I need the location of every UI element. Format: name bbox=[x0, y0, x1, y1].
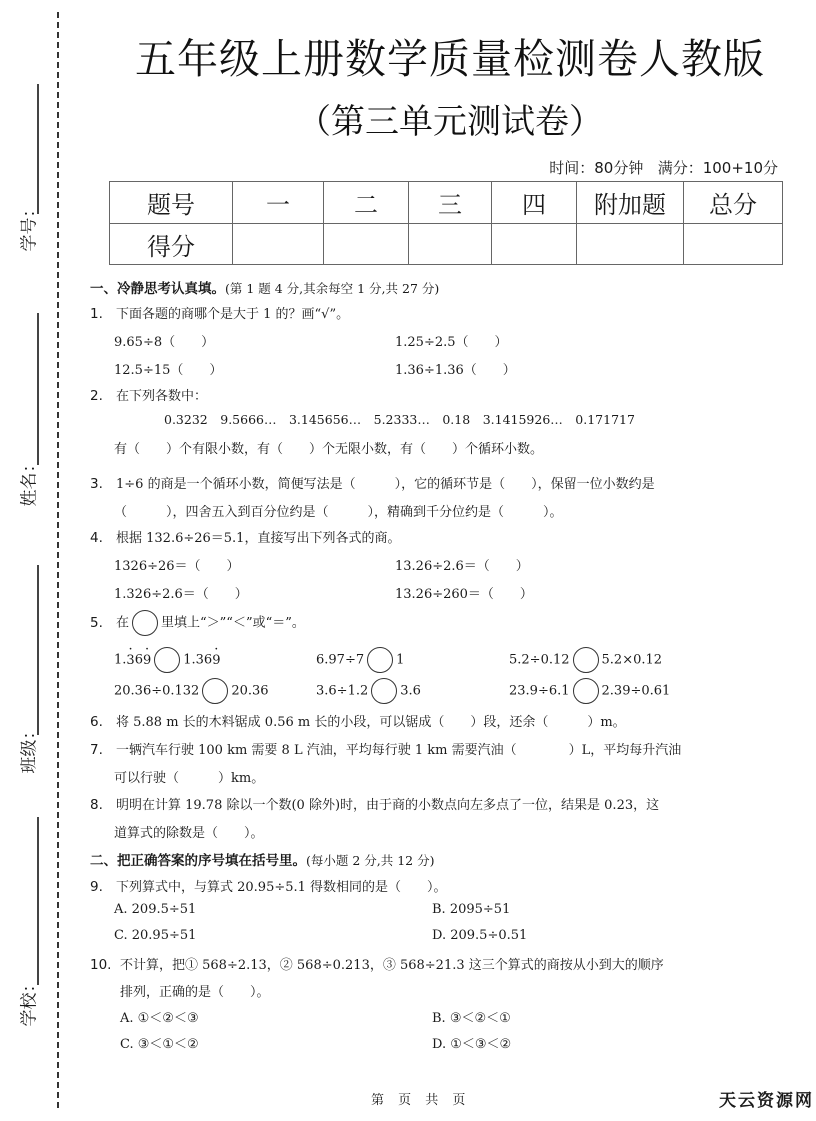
question-5: 5.在里填上“＞”“＜”或“＝”。 bbox=[90, 610, 305, 636]
question-number: 4. bbox=[90, 530, 116, 546]
question-8: 8.明明在计算 19.78 除以一个数(0 除外)时，由于商的小数点向左多点了一… bbox=[90, 794, 659, 813]
score-cell-2[interactable] bbox=[324, 224, 409, 265]
q4-item-b[interactable]: 13.26÷2.6＝（ ） bbox=[395, 555, 529, 574]
exam-meta: 时间：80分钟 满分：100+10分 bbox=[549, 157, 778, 178]
score-table: 题号 一 二 三 四 附加题 总分 得分 bbox=[109, 181, 783, 265]
question-number: 6. bbox=[90, 714, 116, 730]
q5-compare-1: 1.3691.369 bbox=[114, 647, 220, 673]
school-label: 学校： bbox=[15, 1005, 40, 1027]
question-text: 根据 132.6÷26＝5.1，直接写出下列各式的商。 bbox=[116, 531, 400, 546]
cell-bonus: 附加题 bbox=[577, 182, 684, 224]
question-6: 6.将 5.88 m 长的木料锯成 0.56 m 长的小段，可以锯成（ ）段，还… bbox=[90, 711, 626, 730]
question-text: 下面各题的商哪个是大于 1 的？画“√”。 bbox=[116, 307, 349, 322]
expression-right: 1 bbox=[396, 653, 404, 668]
q10-option-d[interactable]: D. ①＜③＜② bbox=[432, 1033, 511, 1052]
q10-option-a[interactable]: A. ①＜②＜③ bbox=[120, 1007, 199, 1026]
section-2-heading: 二、把正确答案的序号填在括号里。(每小题 2 分,共 12 分) bbox=[90, 849, 434, 869]
page-subtitle: （第三单元测试卷） bbox=[100, 94, 800, 143]
score-cell-1[interactable] bbox=[233, 224, 324, 265]
section-2-title: 二、把正确答案的序号填在括号里。 bbox=[90, 853, 306, 869]
q4-item-c[interactable]: 1.326÷2.6＝（ ） bbox=[114, 583, 248, 602]
q4-item-d[interactable]: 13.26÷260＝（ ） bbox=[395, 583, 533, 602]
score-cell-4[interactable] bbox=[492, 224, 577, 265]
q5-compare-6: 23.9÷6.12.39÷0.61 bbox=[509, 678, 670, 704]
section-1-note: (第 1 题 4 分,其余每空 1 分,共 27 分) bbox=[225, 281, 439, 296]
repeating-decimal-right: 1.36 bbox=[183, 653, 212, 668]
compare-circle-input[interactable] bbox=[573, 647, 599, 673]
expression-right: 2.39÷0.61 bbox=[602, 684, 671, 699]
cell-label-question: 题号 bbox=[110, 182, 233, 224]
q2-fill-blanks[interactable]: 有（ ）个有限小数，有（ ）个无限小数，有（ ）个循环小数。 bbox=[114, 438, 543, 457]
expression-right: 3.6 bbox=[400, 684, 421, 699]
q5-compare-4: 20.36÷0.13220.36 bbox=[114, 678, 269, 704]
score-table-header-row: 题号 一 二 三 四 附加题 总分 bbox=[110, 182, 783, 224]
expression-left: 6.97÷7 bbox=[316, 653, 364, 668]
question-text: 不计算，把① 568÷2.13，② 568÷0.213，③ 568÷21.3 这… bbox=[120, 958, 664, 973]
q1-item-d[interactable]: 1.36÷1.36（ ） bbox=[395, 359, 516, 378]
expression-left: 5.2÷0.12 bbox=[509, 653, 570, 668]
name-label: 姓名： bbox=[15, 485, 40, 507]
question-number: 2. bbox=[90, 388, 116, 404]
expression-left: 3.6÷1.2 bbox=[316, 684, 368, 699]
section-2-note: (每小题 2 分,共 12 分) bbox=[306, 853, 434, 868]
question-text: 在下列各数中： bbox=[116, 389, 207, 404]
score-table-score-row: 得分 bbox=[110, 224, 783, 265]
cut-line bbox=[57, 12, 59, 1108]
cell-label-score: 得分 bbox=[110, 224, 233, 265]
question-9: 9.下列算式中，与算式 20.95÷5.1 得数相同的是（ ）。 bbox=[90, 876, 447, 895]
class-line[interactable] bbox=[37, 565, 39, 735]
q5-compare-5: 3.6÷1.23.6 bbox=[316, 678, 421, 704]
score-cell-total[interactable] bbox=[684, 224, 783, 265]
question-text[interactable]: 下列算式中，与算式 20.95÷5.1 得数相同的是（ ）。 bbox=[116, 880, 447, 895]
page-number-footer: 第 页 共 页 bbox=[371, 1089, 470, 1108]
time-limit: 时间：80分钟 bbox=[549, 159, 643, 177]
q8-line-2[interactable]: 道算式的除数是（ ）。 bbox=[114, 822, 264, 841]
q7-line-2[interactable]: 可以行驶（ ）km。 bbox=[114, 767, 264, 786]
cell-section-1: 一 bbox=[233, 182, 324, 224]
question-number: 10. bbox=[90, 957, 120, 973]
cell-section-3: 三 bbox=[409, 182, 492, 224]
question-4: 4.根据 132.6÷26＝5.1，直接写出下列各式的商。 bbox=[90, 527, 400, 546]
q1-item-a[interactable]: 9.65÷8（ ） bbox=[114, 331, 214, 350]
expression-right: 5.2×0.12 bbox=[602, 653, 663, 668]
expression-right: 20.36 bbox=[231, 684, 268, 699]
digit: 6 bbox=[135, 653, 143, 668]
question-number: 7. bbox=[90, 742, 116, 758]
compare-circle-input[interactable] bbox=[154, 647, 180, 673]
question-number: 8. bbox=[90, 797, 116, 813]
compare-circle-input[interactable] bbox=[202, 678, 228, 704]
q5-compare-3: 5.2÷0.125.2×0.12 bbox=[509, 647, 662, 673]
q5-compare-2: 6.97÷71 bbox=[316, 647, 404, 673]
question-text[interactable]: 1÷6 的商是一个循环小数，简便写法是（ ），它的循环节是（ ），保留一位小数约… bbox=[116, 477, 655, 492]
full-score: 满分：100+10分 bbox=[658, 159, 778, 177]
student-id-line[interactable] bbox=[37, 84, 39, 214]
q2-number-list: 0.3232 9.5666… 3.145656… 5.2333… 0.18 3.… bbox=[164, 410, 635, 428]
repeating-digit: 9 bbox=[143, 653, 151, 668]
q10-line-2[interactable]: 排列，正确的是（ ）。 bbox=[120, 981, 270, 1000]
repeating-decimal-left: 1. bbox=[114, 653, 126, 668]
school-line[interactable] bbox=[37, 817, 39, 985]
expression-left: 20.36÷0.132 bbox=[114, 684, 199, 699]
brand-watermark: 天云资源网 bbox=[719, 1086, 814, 1111]
question-3: 3.1÷6 的商是一个循环小数，简便写法是（ ），它的循环节是（ ），保留一位小… bbox=[90, 473, 655, 492]
score-cell-bonus[interactable] bbox=[577, 224, 684, 265]
cell-section-4: 四 bbox=[492, 182, 577, 224]
cell-section-2: 二 bbox=[324, 182, 409, 224]
question-7: 7.一辆汽车行驶 100 km 需要 8 L 汽油，平均每行驶 1 km 需要汽… bbox=[90, 739, 681, 758]
question-1: 1.下面各题的商哪个是大于 1 的？画“√”。 bbox=[90, 303, 349, 322]
section-1-heading: 一、冷静思考认真填。(第 1 题 4 分,其余每空 1 分,共 27 分) bbox=[90, 277, 439, 297]
expression-left: 23.9÷6.1 bbox=[509, 684, 570, 699]
score-cell-3[interactable] bbox=[409, 224, 492, 265]
compare-circle-input[interactable] bbox=[367, 647, 393, 673]
q1-item-b[interactable]: 1.25÷2.5（ ） bbox=[395, 331, 508, 350]
page-title: 五年级上册数学质量检测卷人教版 bbox=[100, 26, 800, 85]
name-line[interactable] bbox=[37, 313, 39, 465]
question-text[interactable]: 明明在计算 19.78 除以一个数(0 除外)时，由于商的小数点向左多点了一位，… bbox=[116, 798, 659, 813]
question-2: 2.在下列各数中： bbox=[90, 385, 207, 404]
compare-circle-input[interactable] bbox=[371, 678, 397, 704]
question-text[interactable]: 将 5.88 m 长的木料锯成 0.56 m 长的小段，可以锯成（ ）段，还余（… bbox=[116, 715, 626, 730]
q9-option-c[interactable]: C. 20.95÷51 bbox=[114, 928, 196, 943]
cell-total: 总分 bbox=[684, 182, 783, 224]
compare-circle-input[interactable] bbox=[573, 678, 599, 704]
question-number: 3. bbox=[90, 476, 116, 492]
q4-item-a[interactable]: 1326÷26＝（ ） bbox=[114, 555, 240, 574]
question-text[interactable]: 一辆汽车行驶 100 km 需要 8 L 汽油，平均每行驶 1 km 需要汽油（… bbox=[116, 743, 681, 758]
repeating-digit: 9 bbox=[212, 653, 220, 668]
circle-icon bbox=[132, 610, 158, 636]
q1-item-c[interactable]: 12.5÷15（ ） bbox=[114, 359, 222, 378]
class-label: 班级： bbox=[15, 752, 40, 774]
repeating-digit: 3 bbox=[126, 653, 134, 668]
question-text: 里填上“＞”“＜”或“＝”。 bbox=[161, 616, 305, 631]
question-number: 5. bbox=[90, 615, 116, 631]
question-number: 9. bbox=[90, 879, 116, 895]
section-1-title: 一、冷静思考认真填。 bbox=[90, 281, 225, 297]
question-number: 1. bbox=[90, 306, 116, 322]
q10-option-b[interactable]: B. ③＜②＜① bbox=[432, 1007, 511, 1026]
q9-option-d[interactable]: D. 209.5÷0.51 bbox=[432, 928, 527, 943]
student-id-label: 学号： bbox=[15, 230, 40, 252]
q9-option-b[interactable]: B. 2095÷51 bbox=[432, 902, 510, 917]
q10-option-c[interactable]: C. ③＜①＜② bbox=[120, 1033, 199, 1052]
question-text: 在 bbox=[116, 616, 129, 631]
q3-line-2[interactable]: （ ），四舍五入到百分位约是（ ），精确到千分位约是（ ）。 bbox=[114, 501, 563, 520]
q9-option-a[interactable]: A. 209.5÷51 bbox=[114, 902, 196, 917]
question-10: 10.不计算，把① 568÷2.13，② 568÷0.213，③ 568÷21.… bbox=[90, 954, 664, 973]
